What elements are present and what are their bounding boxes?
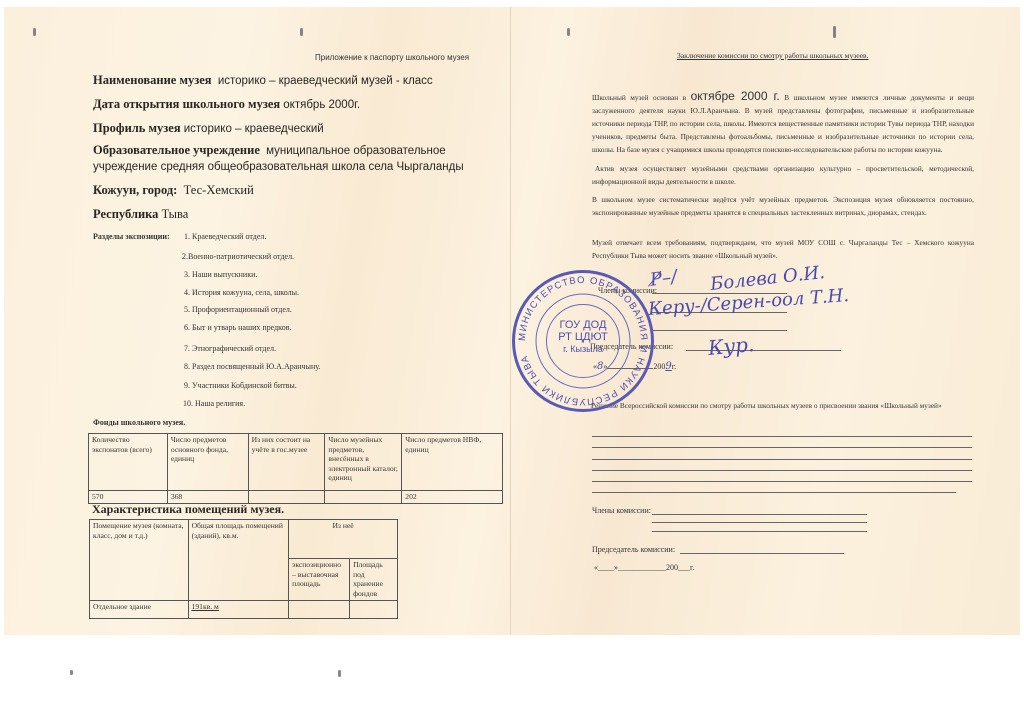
- section-item: 2.Военно-патриотический отдел.: [182, 252, 294, 261]
- table-row: Отдельное здание 191кв. м: [90, 601, 398, 619]
- section-item: 4. История кожууна, села, школы.: [184, 288, 299, 297]
- decision-line: [592, 492, 956, 493]
- field-museum-name: Наименование музея историко – краеведчес…: [93, 73, 433, 89]
- table-cell: [350, 601, 398, 619]
- hole-punch-mark: [833, 26, 836, 38]
- field-republic: Республика Тыва: [93, 207, 188, 222]
- table-header-cell: Число предметов НВФ, единиц: [402, 434, 503, 491]
- field-opening-date: Дата открытия школьного музея октябрь 20…: [93, 97, 360, 113]
- table-header-cell: Из них состоит на учёте в гос.музее: [248, 434, 325, 491]
- signature-line: [652, 522, 867, 523]
- conclusion-title: Заключение комиссии по смотру работы шко…: [677, 51, 869, 60]
- hole-punch-mark: [33, 28, 36, 36]
- sections-label: Разделы экспозиции:: [93, 232, 170, 241]
- hole-punch-mark: [70, 670, 73, 675]
- table-header-cell: Помещение музея (комната, класс, дом и т…: [90, 520, 189, 601]
- section-item: 1. Краеведческий отдел.: [184, 232, 266, 241]
- field-profile: Профиль музея историко – краеведческий: [93, 121, 324, 137]
- decision-line: [592, 459, 972, 460]
- section-item: 8. Раздел посвященный Ю.А.Аранчыну.: [184, 362, 320, 371]
- section-item: 7. Этнографический отдел.: [184, 344, 276, 353]
- decision-line: [592, 470, 972, 471]
- table-header-cell: Число предметов основного фонда, единиц: [167, 434, 248, 491]
- table-header-row: Количество экспонатов (всего) Число пред…: [89, 434, 503, 491]
- table-cell: 191кв. м: [188, 601, 289, 619]
- table-header-cell: Количество экспонатов (всего): [89, 434, 168, 491]
- funds-table: Количество экспонатов (всего) Число пред…: [88, 433, 503, 504]
- table-header-cell: Из неё: [289, 520, 398, 559]
- hole-punch-mark: [338, 670, 341, 677]
- paragraph-accounting: В школьном музее систематически ведётся …: [592, 193, 974, 219]
- premises-table: Помещение музея (комната, класс, дом и т…: [89, 519, 398, 619]
- decision-line: [592, 481, 972, 482]
- signature-line: [652, 330, 787, 331]
- section-item: 9. Участники Кобдинской битвы.: [184, 381, 297, 390]
- section-item: 10. Наша религия.: [183, 399, 245, 408]
- header-note: Приложение к паспорту школьного музея: [315, 53, 469, 62]
- field-institution-cont: учреждение средняя общеобразовательная ш…: [93, 159, 464, 175]
- table-header-row: Помещение музея (комната, класс, дом и т…: [90, 520, 398, 559]
- paragraph-founded: Школьный музей основан в октябре 2000 г.…: [592, 90, 974, 156]
- date-line-2: «____»____________200___г.: [594, 563, 694, 572]
- funds-title: Фонды школьного музея.: [93, 418, 185, 427]
- table-header-cell: Число музейных предметов, внесённых в эл…: [325, 434, 402, 491]
- members-label-2: Члены комиссии:: [592, 506, 651, 515]
- stamp-center-text: ГОУ ДОД РТ ЦДЮТ г. Кызыла: [550, 319, 616, 355]
- section-item: 3. Наши выпускники.: [184, 270, 257, 279]
- section-item: 6. Быт и утварь наших предков.: [184, 323, 291, 332]
- signature-line: [652, 531, 867, 532]
- decision-line: [592, 447, 972, 448]
- table-header-cell: экспозиционно – выставочная площадь: [289, 559, 350, 601]
- table-cell: 202: [402, 491, 503, 504]
- table-cell: [289, 601, 350, 619]
- table-header-cell: Площадь под хранение фондов: [350, 559, 398, 601]
- page-fold: [510, 7, 511, 635]
- decision-line: [592, 436, 972, 437]
- table-cell: Отдельное здание: [90, 601, 189, 619]
- signature-chair: Кур.: [707, 332, 755, 360]
- section-item: 5. Профориентационный отдел.: [184, 305, 292, 314]
- hole-punch-mark: [300, 28, 303, 36]
- signature-line: [680, 553, 844, 554]
- chair-label-2: Председатель комиссии:: [592, 545, 675, 554]
- table-cell: [325, 491, 402, 504]
- signature-line: [652, 514, 867, 515]
- paragraph-activity: Актив музея осуществляет музейными средс…: [592, 162, 974, 188]
- table-header-cell: Общая площадь помещений (зданий), кв.м.: [188, 520, 289, 601]
- field-district: Кожуун, город: Тес-Хемский: [93, 183, 254, 198]
- hole-punch-mark: [567, 28, 570, 36]
- field-institution: Образовательное учреждение муниципальное…: [93, 143, 446, 159]
- paragraph-confirmation: Музей отвечает всем требованиям, подтвер…: [592, 236, 974, 262]
- premises-title: Характеристика помещений музея.: [92, 502, 284, 517]
